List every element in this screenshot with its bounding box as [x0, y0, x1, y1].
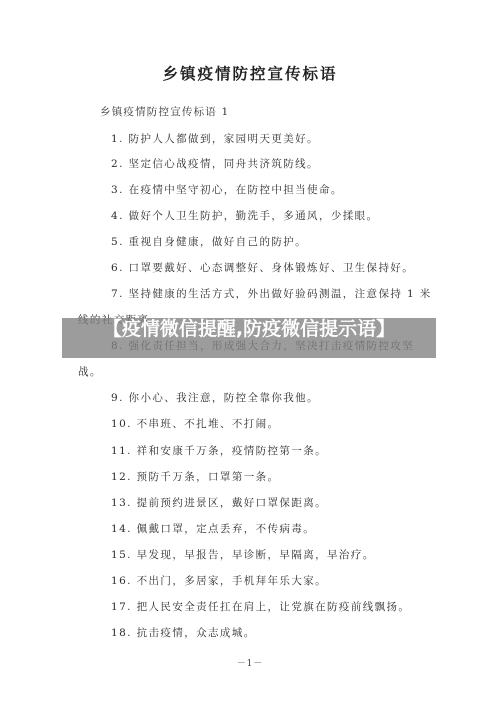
slogan-item-13: 13. 提前预约进景区，戴好口罩保距离。	[111, 495, 327, 510]
slogan-item-12: 12. 预防千万条，口罩第一条。	[111, 469, 279, 484]
overlay-title: 【疫情微信提醒,防疫微信提示语】	[62, 318, 436, 340]
slogan-item-7: 7. 坚持健康的生活方式，外出做好验码测温，注意保持 1 米	[111, 286, 432, 301]
slogan-item-6: 6. 口罩要戴好、心态调整好、身体锻炼好、卫生保持好。	[111, 260, 414, 275]
slogan-item-10: 10. 不串班、不扎堆、不打闹。	[111, 416, 279, 431]
slogan-item-8-continuation: 战。	[78, 364, 102, 379]
slogan-item-16: 16. 不出门，多居家，手机拜年乐大家。	[111, 573, 327, 588]
document-subtitle: 乡镇疫情防控宣传标语 1	[100, 104, 229, 119]
slogan-item-2: 2. 坚定信心战疫情，同舟共济筑防线。	[111, 156, 319, 171]
slogan-item-3: 3. 在疫情中坚守初心，在防控中担当使命。	[111, 182, 343, 197]
slogan-item-18: 18. 抗击疫情，众志成城。	[111, 625, 256, 640]
slogan-item-17: 17. 把人民安全责任扛在肩上，让党旗在防疫前线飘扬。	[111, 599, 410, 614]
slogan-item-14: 14. 佩戴口罩，定点丢弃，不传病毒。	[111, 521, 315, 536]
document-title: 乡镇疫情防控宣传标语	[0, 62, 500, 84]
page-number: －1－	[0, 656, 500, 669]
slogan-item-15: 15. 早发现，早报告，早诊断，早隔离，早治疗。	[111, 547, 375, 562]
slogan-item-11: 11. 祥和安康千万条，疫情防控第一条。	[111, 443, 327, 458]
slogan-item-5: 5. 重视自身健康，做好自己的防护。	[111, 234, 307, 249]
slogan-item-1: 1. 防护人人都做到，家园明天更美好。	[111, 131, 319, 146]
slogan-item-9: 9. 你小心、我注意，防控全靠你我他。	[111, 390, 319, 405]
slogan-item-4: 4. 做好个人卫生防护，勤洗手，多通风，少揉眼。	[111, 208, 378, 223]
